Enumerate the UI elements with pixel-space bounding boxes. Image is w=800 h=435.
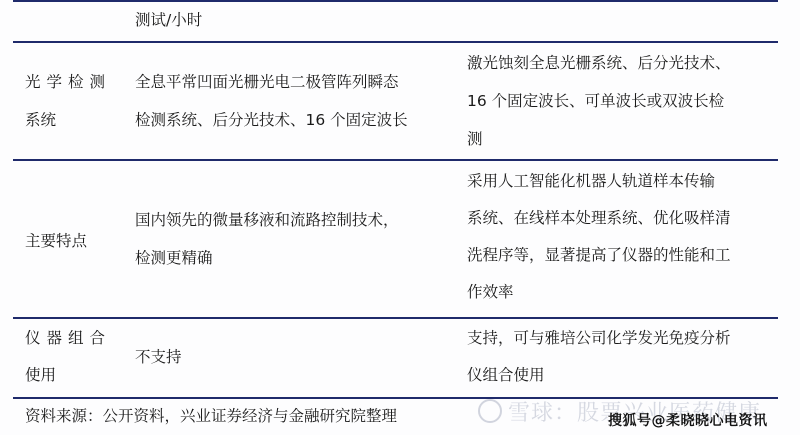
row-features-col2: 国内领先的微量移液和流路控制技术， 检测更精确 bbox=[135, 201, 399, 277]
sohu-watermark: 搜狐号@柔晓晓心电资讯 bbox=[608, 410, 768, 430]
row-optical-label-line2: 系统 bbox=[25, 101, 111, 139]
row-optical-col2-line2: 检测系统、后分光技术、16 个固定波长 bbox=[135, 101, 408, 139]
document-page: 测试/小时 光学检测 系统 全息平常凹面光栅光电二极管阵列瞬态 检测系统、后分光… bbox=[0, 0, 800, 435]
row-optical-col3-line3: 测 bbox=[467, 120, 731, 158]
table-rule-3 bbox=[13, 317, 778, 319]
row-features-col3-line4: 作效率 bbox=[467, 274, 731, 311]
row-combo-label-line2: 使用 bbox=[25, 357, 111, 394]
row-features-label-line1: 主要特点 bbox=[25, 222, 87, 260]
source-note: 资料来源：公开资料，兴业证券经济与金融研究院整理 bbox=[25, 402, 397, 430]
row-optical-col3: 激光蚀刻全息光栅系统、后分光技术、 16 个固定波长、可单波长或双波长检 测 bbox=[467, 44, 731, 158]
row-features-col3: 采用人工智能化机器人轨道样本传输 系统、在线样本处理系统、优化吸样清 洗程序等，… bbox=[467, 163, 731, 311]
row-combo-col3-line1: 支持，可与雅培公司化学发光免疫分析 bbox=[467, 320, 731, 357]
table-rule-top bbox=[13, 0, 778, 2]
row-combo-col2: 不支持 bbox=[135, 339, 182, 376]
xueqiu-logo-icon bbox=[478, 399, 502, 423]
table-rule-2 bbox=[13, 159, 778, 161]
row-features-col3-line1: 采用人工智能化机器人轨道样本传输 bbox=[467, 163, 731, 200]
row-optical-label-line1: 光学检测 bbox=[25, 63, 111, 101]
row-optical-col2: 全息平常凹面光栅光电二极管阵列瞬态 检测系统、后分光技术、16 个固定波长 bbox=[135, 63, 408, 139]
row-combo-label-line1: 仪器组合 bbox=[25, 320, 111, 357]
row-combo-col2-line1: 不支持 bbox=[135, 339, 182, 376]
row-features-col3-line3: 洗程序等，显著提高了仪器的性能和工 bbox=[467, 237, 731, 274]
table-rule-1 bbox=[13, 41, 778, 43]
top-row-col2: 测试/小时 bbox=[135, 3, 202, 38]
row-optical-label: 光学检测 系统 bbox=[25, 63, 111, 139]
row-optical-col2-line1: 全息平常凹面光栅光电二极管阵列瞬态 bbox=[135, 63, 408, 101]
row-features-col2-line2: 检测更精确 bbox=[135, 239, 399, 277]
row-features-col2-line1: 国内领先的微量移液和流路控制技术， bbox=[135, 201, 399, 239]
row-optical-col3-line2: 16 个固定波长、可单波长或双波长检 bbox=[467, 82, 731, 120]
row-combo-label: 仪器组合 使用 bbox=[25, 320, 111, 394]
row-combo-col3-line2: 仪组合使用 bbox=[467, 357, 731, 394]
row-features-label: 主要特点 bbox=[25, 222, 87, 260]
row-optical-col3-line1: 激光蚀刻全息光栅系统、后分光技术、 bbox=[467, 44, 731, 82]
row-features-col3-line2: 系统、在线样本处理系统、优化吸样清 bbox=[467, 200, 731, 237]
row-combo-col3: 支持，可与雅培公司化学发光免疫分析 仪组合使用 bbox=[467, 320, 731, 394]
